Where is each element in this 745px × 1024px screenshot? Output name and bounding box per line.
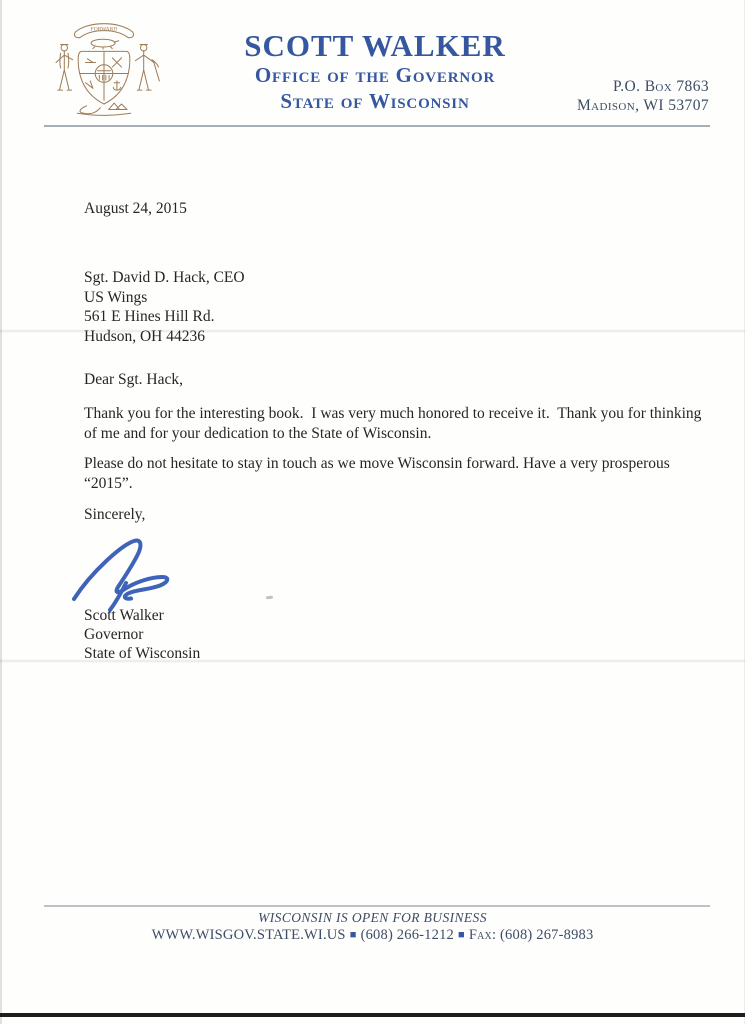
recipient-address-block: Sgt. David D. Hack, CEO US Wings 561 E H… <box>84 268 245 346</box>
letterhead-office-line: Office of the Governor <box>160 62 590 88</box>
signer-state: State of Wisconsin <box>84 644 200 663</box>
recipient-company: US Wings <box>84 288 245 308</box>
recipient-city: Hudson, OH 44236 <box>84 327 245 347</box>
city-line: Madison, WI 53707 <box>577 96 709 115</box>
letter-date: August 24, 2015 <box>84 199 187 219</box>
letterhead-name: SCOTT WALKER <box>160 30 590 62</box>
header-rule <box>44 125 710 127</box>
letterhead-center: SCOTT WALKER Office of the Governor Stat… <box>160 30 590 114</box>
po-box-line: P.O. Box 7863 <box>577 77 709 96</box>
footer-fax-number: (608) 267-8983 <box>500 927 593 943</box>
scan-edge-left <box>0 0 2 1024</box>
letterhead-state-line: State of Wisconsin <box>160 88 590 114</box>
signer-name: Scott Walker <box>84 606 200 625</box>
signer-title: Governor <box>84 625 200 644</box>
footer-contact-line: WWW.WISGOV.STATE.WI.US■(608) 266-1212■Fa… <box>0 927 745 944</box>
footer-website: WWW.WISGOV.STATE.WI.US <box>152 927 346 943</box>
paragraph-2: Please do not hesitate to stay in touch … <box>84 454 704 494</box>
seal-motto-text: FORWARD <box>91 27 118 33</box>
letterhead-address: P.O. Box 7863 Madison, WI 53707 <box>577 77 709 115</box>
signature-block: Scott Walker Governor State of Wisconsin <box>84 606 200 663</box>
closing: Sincerely, <box>84 505 145 525</box>
wisconsin-coat-of-arms-seal: FORWARD <box>44 14 164 122</box>
paragraph-1: Thank you for the interesting book. I wa… <box>84 404 704 444</box>
square-separator-icon: ■ <box>346 929 361 941</box>
scan-smudge <box>266 596 273 600</box>
footer-slogan: WISCONSIN IS OPEN FOR BUSINESS <box>0 910 745 926</box>
footer-rule <box>44 905 710 907</box>
recipient-street: 561 E Hines Hill Rd. <box>84 307 245 327</box>
scan-edge-bottom <box>0 1013 745 1017</box>
recipient-name: Sgt. David D. Hack, CEO <box>84 268 245 288</box>
scanned-letter-page: FORWARD SCOTT WALKER Office of the Gover… <box>0 0 745 1024</box>
salutation: Dear Sgt. Hack, <box>84 370 183 390</box>
footer-phone: (608) 266-1212 <box>361 927 454 943</box>
square-separator-icon: ■ <box>454 929 469 941</box>
footer-fax-label: Fax: <box>469 927 496 943</box>
